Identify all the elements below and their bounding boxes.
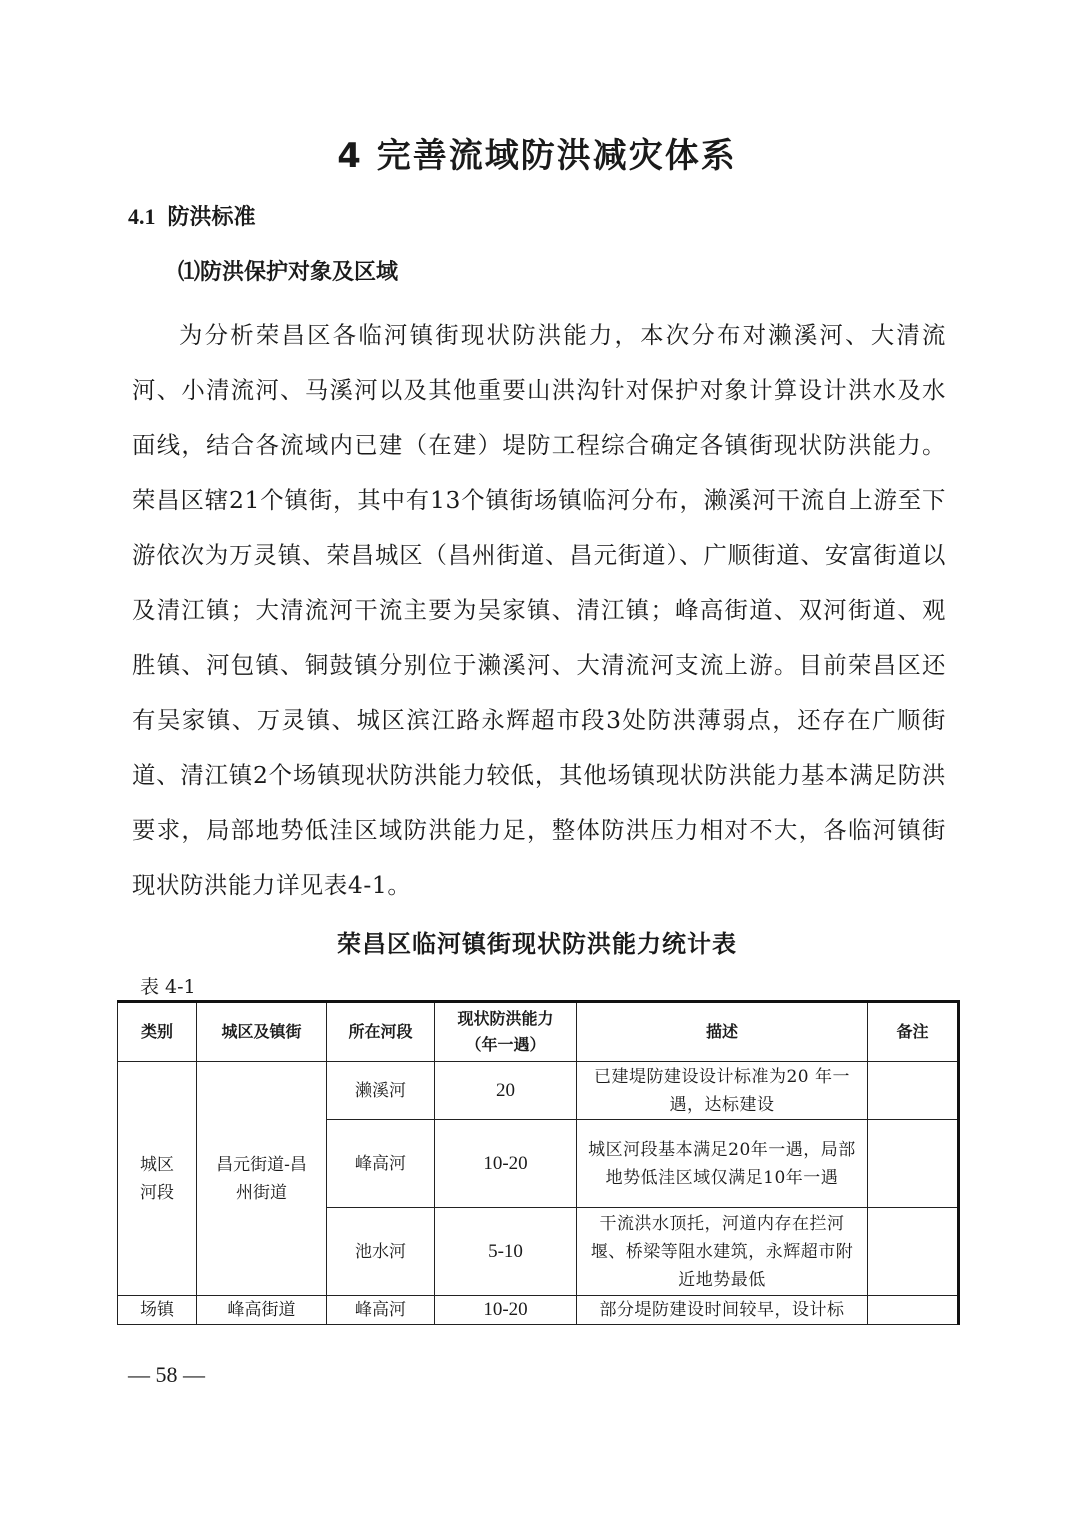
cell-remarks [868,1120,959,1208]
cell-capacity: 10-20 [435,1296,577,1325]
header-description: 描述 [577,1002,868,1062]
cell-remarks [868,1296,959,1325]
table-number: 表 4-1 [140,972,196,999]
cell-district: 昌元街道-昌州街道 [197,1062,327,1296]
section-title: 防洪标准 [168,205,256,230]
header-capacity-line2: （年一遇） [441,1032,570,1058]
cell-category: 城区河段 [118,1062,197,1296]
cell-capacity: 10-20 [435,1120,577,1208]
cell-category: 场镇 [118,1296,197,1325]
cell-remarks [868,1062,959,1120]
header-capacity: 现状防洪能力 （年一遇） [435,1002,577,1062]
cell-capacity: 20 [435,1062,577,1120]
table-header-row: 类别 城区及镇街 所在河段 现状防洪能力 （年一遇） 描述 备注 [118,1002,959,1062]
cell-river: 濑溪河 [327,1062,435,1120]
subsection-title: ⑴防洪保护对象及区域 [178,255,398,286]
cell-description: 城区河段基本满足20年一遇，局部地势低洼区域仅满足10年一遇 [577,1120,868,1208]
chapter-title: 4 完善流域防洪减灾体系 [0,128,1074,177]
table-row: 城区河段 昌元街道-昌州街道 濑溪河 20 已建堤防建设设计标准为20 年一遇，… [118,1062,959,1120]
section-number: 4.1 [128,204,156,229]
table-caption: 荣昌区临河镇街现状防洪能力统计表 [0,924,1074,959]
cell-district: 峰高街道 [197,1296,327,1325]
cell-river: 峰高河 [327,1120,435,1208]
page-number: — 58 — [128,1362,205,1388]
cell-capacity: 5-10 [435,1208,577,1296]
header-category: 类别 [118,1002,197,1062]
header-capacity-line1: 现状防洪能力 [441,1006,570,1032]
cell-description: 干流洪水顶托，河道内存在拦河堰、桥梁等阻水建筑，永辉超市附近地势最低 [577,1208,868,1296]
section-heading: 4.1防洪标准 [128,200,256,231]
cell-remarks [868,1208,959,1296]
header-remarks: 备注 [868,1002,959,1062]
header-district: 城区及镇街 [197,1002,327,1062]
table-row: 场镇 峰高街道 峰高河 10-20 部分堤防建设时间较早，设计标 [118,1296,959,1325]
body-paragraph: 为分析荣昌区各临河镇街现状防洪能力，本次分布对濑溪河、大清流河、小清流河、马溪河… [132,308,946,913]
header-river: 所在河段 [327,1002,435,1062]
cell-description: 部分堤防建设时间较早，设计标 [577,1296,868,1325]
cell-river: 峰高河 [327,1296,435,1325]
cell-description: 已建堤防建设设计标准为20 年一遇，达标建设 [577,1062,868,1120]
flood-capacity-table: 类别 城区及镇街 所在河段 现状防洪能力 （年一遇） 描述 备注 城区河段 昌元… [117,1000,960,1325]
cell-river: 池水河 [327,1208,435,1296]
